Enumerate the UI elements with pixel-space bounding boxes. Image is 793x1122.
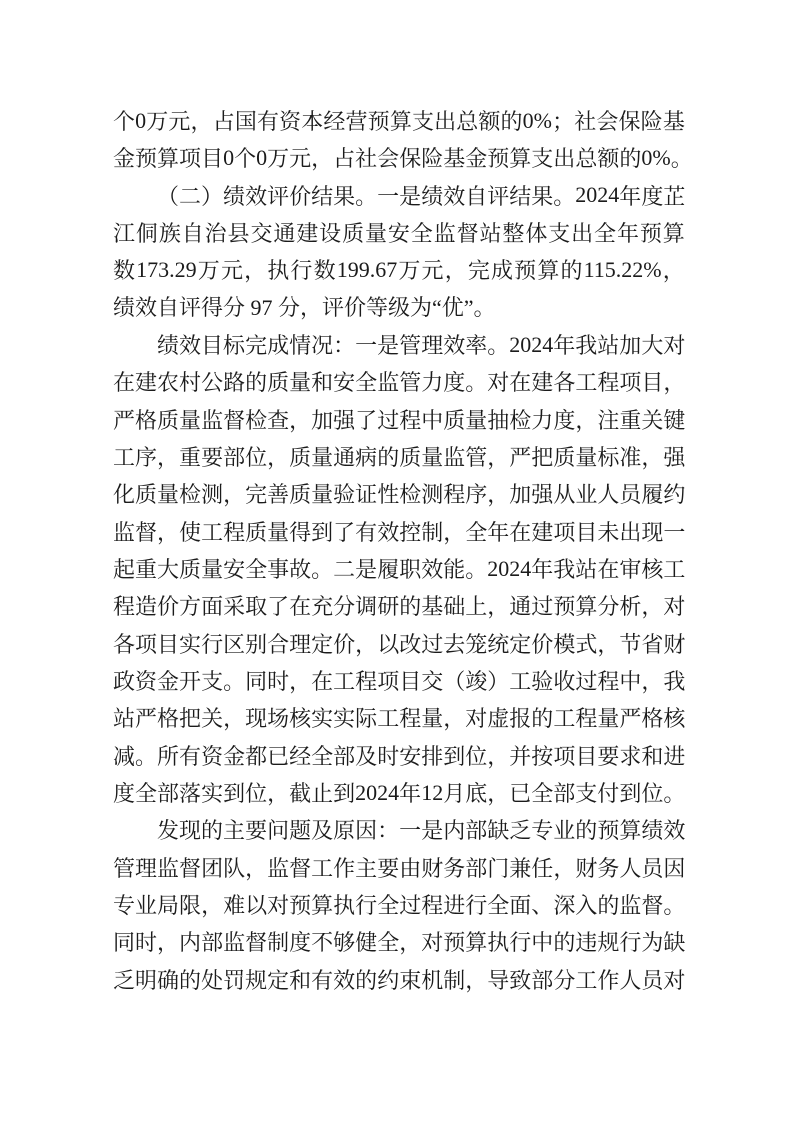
text-token: 违 (575, 926, 597, 957)
text-token: 站 (575, 553, 597, 584)
text-token: 采 (223, 590, 245, 621)
text-token: 调 (355, 590, 377, 621)
text-token: 和 (311, 366, 333, 397)
text-token: 验 (333, 478, 355, 509)
text-token: ， (245, 852, 267, 883)
text-token: 路 (223, 366, 245, 397)
text-token: 资 (135, 665, 157, 696)
text-token: 过 (421, 628, 443, 659)
text-token: 测 (201, 478, 223, 509)
text-token: 出 (434, 105, 456, 136)
text-token: 项 (179, 142, 201, 173)
text-token: 方 (179, 590, 201, 621)
text-token: 财 (663, 628, 685, 659)
text-token: 项 (377, 665, 399, 696)
text-token: ， (443, 516, 465, 547)
text-token: 理 (421, 329, 443, 360)
text-token: 效 (663, 814, 685, 845)
text-token: 缺 (487, 814, 509, 845)
text-token: 理 (289, 628, 311, 659)
text-token: 大 (157, 553, 179, 584)
text-token: 业 (553, 814, 575, 845)
text-token: 研 (377, 590, 399, 621)
text-token: 作 (333, 852, 355, 883)
text-token: 有 (179, 740, 201, 771)
text-token: 完 (468, 254, 490, 285)
text-token: 人 (619, 964, 641, 995)
text-token: 对 (465, 702, 487, 733)
text-token: 工 (575, 964, 597, 995)
text-token: 规 (597, 926, 619, 957)
text-token: 的 (560, 254, 582, 285)
text-token: 万 (146, 105, 168, 136)
text-token: ， (663, 254, 685, 285)
text-token: 同 (245, 665, 267, 696)
text-token: 的 (355, 964, 377, 995)
text-token: 付 (597, 777, 619, 808)
text-token: 村 (179, 366, 201, 397)
text-token: 重 (135, 553, 157, 584)
text-token: 式 (575, 628, 597, 659)
text-token: 别 (245, 628, 267, 659)
text-token: 性 (377, 478, 399, 509)
text-token: 万 (398, 254, 420, 285)
text-token: 。 (671, 142, 693, 173)
text-token: 各 (113, 628, 135, 659)
text-token: 支 (575, 777, 597, 808)
text-token: 原 (333, 814, 355, 845)
text-line: 化质量检测，完善质量验证性检测程序，加强从业人员履约 (113, 475, 685, 512)
text-token: 二 (179, 180, 201, 211)
text-token: ， (157, 926, 179, 957)
text-token: 和 (289, 964, 311, 995)
text-token: 监 (434, 217, 456, 248)
text-token: 未 (597, 516, 619, 547)
text-token: 分 (333, 590, 355, 621)
text-token: 严 (113, 404, 135, 435)
text-token: ） (487, 665, 509, 696)
text-token: 量 (575, 441, 597, 472)
text-token: 目 (201, 142, 223, 173)
text-token: ， (267, 441, 289, 472)
text-token: 任 (531, 852, 553, 883)
text-token: 质 (443, 404, 465, 435)
text-token: 实 (179, 628, 201, 659)
text-token: ， (487, 777, 509, 808)
text-token: ， (289, 404, 311, 435)
text-token: 加 (311, 404, 333, 435)
text-token: 算 (509, 142, 531, 173)
text-token: 算 (311, 889, 333, 920)
document-page: 个0万元，占国有资本经营预算支出总额的0%；社会保险基金预算项目0个0万元，占社… (0, 0, 793, 1122)
text-token: 元 (221, 254, 243, 285)
text-token: 对 (267, 889, 289, 920)
text-token: 农 (157, 366, 179, 397)
text-token: 。 (311, 553, 333, 584)
text-token: 质 (267, 366, 289, 397)
text-token: 个 (234, 142, 256, 173)
text-token: 工 (113, 441, 135, 472)
text-token: ， (223, 702, 245, 733)
text-token: 行 (619, 926, 641, 957)
text-token: 监 (113, 516, 135, 547)
text-token: 证 (355, 478, 377, 509)
text-token: 算 (619, 814, 641, 845)
text-token: 出 (553, 142, 575, 173)
text-token: 致 (509, 964, 531, 995)
text-token: 体 (525, 217, 547, 248)
text-token: 工 (333, 665, 355, 696)
text-token: 求 (619, 740, 641, 771)
text-token: 万 (198, 254, 220, 285)
text-token: 量 (157, 478, 179, 509)
text-token: 经 (323, 105, 345, 136)
text-token: 问 (267, 814, 289, 845)
text-token: 金 (113, 142, 135, 173)
text-token: 强 (531, 478, 553, 509)
text-token: 队 (223, 852, 245, 883)
text-token: 安 (399, 740, 421, 771)
text-token: 站 (480, 217, 502, 248)
text-token: 一 (663, 516, 685, 547)
text-token: 一 (355, 329, 377, 360)
text-line: 绩效自评得分 97 分，评价等级为“优”。 (113, 289, 685, 326)
text-token: 查 (267, 404, 289, 435)
text-token: 项 (619, 366, 641, 397)
text-token: 质 (399, 441, 421, 472)
text-token: 绩 (641, 814, 663, 845)
text-token: 预 (640, 217, 662, 248)
text-token: 结 (509, 180, 531, 211)
text-token: 控 (399, 516, 421, 547)
text-token: 价 (333, 628, 355, 659)
text-token: 目 (399, 665, 421, 696)
text-token: 重 (179, 441, 201, 472)
text-token: 到 (333, 777, 355, 808)
text-token: 出 (571, 217, 593, 248)
text-token: 评 (267, 180, 289, 211)
text-token: 及 (311, 814, 333, 845)
text-token: 定 (267, 964, 289, 995)
text-token: 把 (531, 441, 553, 472)
text-token: 月 (443, 777, 465, 808)
text-token: 算 (465, 926, 487, 957)
text-token: 同 (113, 926, 135, 957)
text-token: 门 (487, 852, 509, 883)
text-token: 验 (531, 665, 553, 696)
text-token: 0% (641, 145, 670, 171)
text-token: 果 (333, 180, 355, 211)
text-token: 位 (245, 777, 267, 808)
text-token: 能 (443, 553, 465, 584)
text-token: 制 (267, 926, 289, 957)
text-token: 了 (355, 404, 377, 435)
text-token: 从 (553, 478, 575, 509)
text-token: 评 (487, 180, 509, 211)
text-token: 部 (465, 814, 487, 845)
text-token: 履 (641, 478, 663, 509)
text-token: 算 (157, 142, 179, 173)
text-token: 全 (531, 777, 553, 808)
text-token: ； (552, 105, 574, 136)
text-token: 我 (553, 553, 575, 584)
text-token: 所 (157, 740, 179, 771)
text-token: 截 (289, 777, 311, 808)
text-token: 管 (399, 329, 421, 360)
text-token: 加 (509, 478, 531, 509)
text-token: 预 (514, 254, 536, 285)
text-token: 人 (619, 852, 641, 883)
text-token: 。 (553, 180, 575, 211)
text-token: 督 (289, 852, 311, 883)
text-token: 对 (663, 590, 685, 621)
text-token: 工 (377, 702, 399, 733)
text-token: 0 (256, 145, 267, 171)
text-token: 199.67 (337, 257, 398, 283)
text-token: 社 (355, 142, 377, 173)
text-token: 节 (619, 628, 641, 659)
text-token: 价 (289, 180, 311, 211)
text-token: 江 (113, 217, 135, 248)
text-token: 程 (575, 702, 597, 733)
text-token: 收 (553, 665, 575, 696)
text-token: 建 (531, 516, 553, 547)
text-token: 束 (399, 964, 421, 995)
text-token: 数 (314, 254, 336, 285)
text-token: 罚 (223, 964, 245, 995)
text-token: 度 (641, 180, 663, 211)
text-token: 兼 (509, 852, 531, 883)
text-token: 族 (159, 217, 181, 248)
text-token: ， (641, 590, 663, 621)
text-token: 站 (113, 702, 135, 733)
text-line: 政资金开支。同时，在工程项目交（竣）工验收过程中，我 (113, 662, 685, 699)
text-token: 政 (113, 665, 135, 696)
text-token: 量 (311, 478, 333, 509)
text-token: 价 (531, 628, 553, 659)
text-token: 侗 (136, 217, 158, 248)
text-token: 是 (421, 814, 443, 845)
text-token: 经 (289, 740, 311, 771)
text-token: 不 (311, 926, 333, 957)
text-token: 工 (575, 366, 597, 397)
text-token: 进 (663, 740, 685, 771)
text-token: 及 (355, 740, 377, 771)
text-token: 要 (201, 441, 223, 472)
text-token: 础 (443, 590, 465, 621)
text-token: 金 (465, 142, 487, 173)
text-token: 是 (355, 553, 377, 584)
text-token: 格 (157, 702, 179, 733)
text-token: ， (641, 441, 663, 472)
text-token: 得 (289, 516, 311, 547)
text-token: 我 (575, 329, 597, 360)
text-token: 预 (135, 142, 157, 173)
text-token: 理 (135, 852, 157, 883)
text-token: 格 (135, 404, 157, 435)
text-token: 目 (157, 628, 179, 659)
text-token: 员 (641, 964, 663, 995)
text-line: 管理监督团队，监督工作主要由财务部门兼任，财务人员因 (113, 849, 685, 886)
text-token: 一 (399, 814, 421, 845)
text-token: 力 (531, 404, 553, 435)
text-token: 际 (355, 702, 377, 733)
text-token: 占 (333, 142, 355, 173)
text-token: 严 (619, 702, 641, 733)
text-token: 预 (553, 590, 575, 621)
text-token: 绩 (421, 180, 443, 211)
text-token: ， (465, 964, 487, 995)
text-token: 监 (619, 889, 641, 920)
text-token: 一 (377, 180, 399, 211)
text-token: 实 (333, 702, 355, 733)
text-token: 量 (597, 702, 619, 733)
text-token: 监 (157, 852, 179, 883)
text-token: 监 (267, 852, 289, 883)
text-token: 算 (390, 105, 412, 136)
text-token: 支 (548, 217, 570, 248)
text-token: 规 (245, 964, 267, 995)
text-token: 支 (201, 665, 223, 696)
text-token: 止 (311, 777, 333, 808)
text-token: 省 (641, 628, 663, 659)
text-token: 况 (311, 329, 333, 360)
text-token: 都 (245, 740, 267, 771)
text-token: 核 (663, 702, 685, 733)
text-token: 序 (135, 441, 157, 472)
text-token: 位 (641, 777, 663, 808)
text-token: ， (157, 516, 179, 547)
text-token: 督 (223, 404, 245, 435)
text-token: 2024 (487, 556, 531, 582)
text-token: 题 (289, 814, 311, 845)
text-token: 程 (443, 478, 465, 509)
text-token: 年 (617, 217, 639, 248)
text-token: ， (311, 142, 333, 173)
text-token: 业 (575, 478, 597, 509)
text-token: 的 (179, 964, 201, 995)
text-token: 加 (619, 329, 641, 360)
text-token: 量 (421, 441, 443, 472)
text-token: 过 (575, 665, 597, 696)
text-token: 局 (157, 889, 179, 920)
text-token: 保 (399, 142, 421, 173)
text-token: 有 (311, 964, 333, 995)
text-token: 2024 (575, 182, 619, 208)
text-token: 部 (465, 852, 487, 883)
text-token: 现 (245, 702, 267, 733)
text-token: 实 (311, 702, 333, 733)
text-token: 员 (619, 478, 641, 509)
text-token: 业 (135, 889, 157, 920)
text-token: 支 (531, 142, 553, 173)
text-token: 0 (223, 145, 234, 171)
text-token: 开 (179, 665, 201, 696)
text-token: 关 (641, 404, 663, 435)
text-token: 要 (377, 852, 399, 883)
text-token: 部 (201, 926, 223, 957)
text-token: 竣 (465, 665, 487, 696)
text-token: 制 (421, 516, 443, 547)
text-token: 对 (663, 329, 685, 360)
text-token: 各 (553, 366, 575, 397)
text-token: 站 (597, 329, 619, 360)
text-token: 元 (168, 105, 190, 136)
text-token: 量 (365, 217, 387, 248)
text-token: 效 (443, 329, 465, 360)
text-token: 的 (245, 366, 267, 397)
text-token: 是 (399, 180, 421, 211)
text-token: 12 (421, 780, 443, 806)
text-token: 审 (619, 553, 641, 584)
text-token: 起 (113, 553, 135, 584)
text-line: 度全部落实到位，截止到2024年12月底，已全部支付到位。 (113, 774, 685, 811)
text-token: 程 (399, 404, 421, 435)
text-token: 造 (135, 590, 157, 621)
text-token: 成 (491, 254, 513, 285)
text-token: 是 (377, 329, 399, 360)
text-token: 我 (663, 665, 685, 696)
text-token: 年 (553, 329, 575, 360)
text-token: 中 (531, 926, 553, 957)
text-token: 本 (301, 105, 323, 136)
text-token: 工 (663, 553, 685, 584)
text-token: 度 (113, 777, 135, 808)
text-token: 果 (531, 180, 553, 211)
text-token: 成 (267, 329, 289, 360)
text-token: 督 (457, 217, 479, 248)
text-token: 安 (333, 366, 355, 397)
text-token: 对 (663, 964, 685, 995)
text-token: 标 (597, 441, 619, 472)
text-token: 位 (465, 740, 487, 771)
text-token: 自 (465, 180, 487, 211)
text-token: 排 (421, 740, 443, 771)
text-token: 预 (368, 105, 390, 136)
text-token: 。 (465, 366, 487, 397)
text-token: 的 (597, 889, 619, 920)
text-line: （二）绩效评价结果。一是绩效自评结果。2024年度芷 (113, 177, 685, 214)
text-line: 江侗族自治县交通建设质量安全监督站整体支出全年预算 (113, 214, 685, 251)
text-token: 预 (289, 889, 311, 920)
text-token: 够 (333, 926, 355, 957)
text-token: 效 (245, 180, 267, 211)
text-token: 团 (201, 852, 223, 883)
text-token: 报 (509, 702, 531, 733)
text-token: 序 (465, 478, 487, 509)
text-line: 站严格把关，现场核实实际工程量，对虚报的工程量严格核 (113, 699, 685, 736)
text-token: 结 (311, 180, 333, 211)
text-token: 占 (213, 105, 235, 136)
text-token: 管 (113, 852, 135, 883)
text-token: 在 (597, 553, 619, 584)
text-token: 因 (663, 852, 685, 883)
text-line: 个0万元，占国有资本经营预算支出总额的0%；社会保险基 (113, 102, 685, 139)
text-token: 严 (509, 441, 531, 472)
text-token: 行 (201, 628, 223, 659)
text-token: 内 (443, 814, 465, 845)
text-token: 会 (377, 142, 399, 173)
text-token: 全 (135, 777, 157, 808)
text-token: 位 (245, 441, 267, 472)
text-token: 全 (465, 516, 487, 547)
text-token: 项 (553, 516, 575, 547)
text-token: 深 (553, 889, 575, 920)
text-token: 二 (333, 553, 355, 584)
text-token: 去 (443, 628, 465, 659)
text-token: 程 (355, 665, 377, 696)
text-token: 分 (553, 964, 575, 995)
